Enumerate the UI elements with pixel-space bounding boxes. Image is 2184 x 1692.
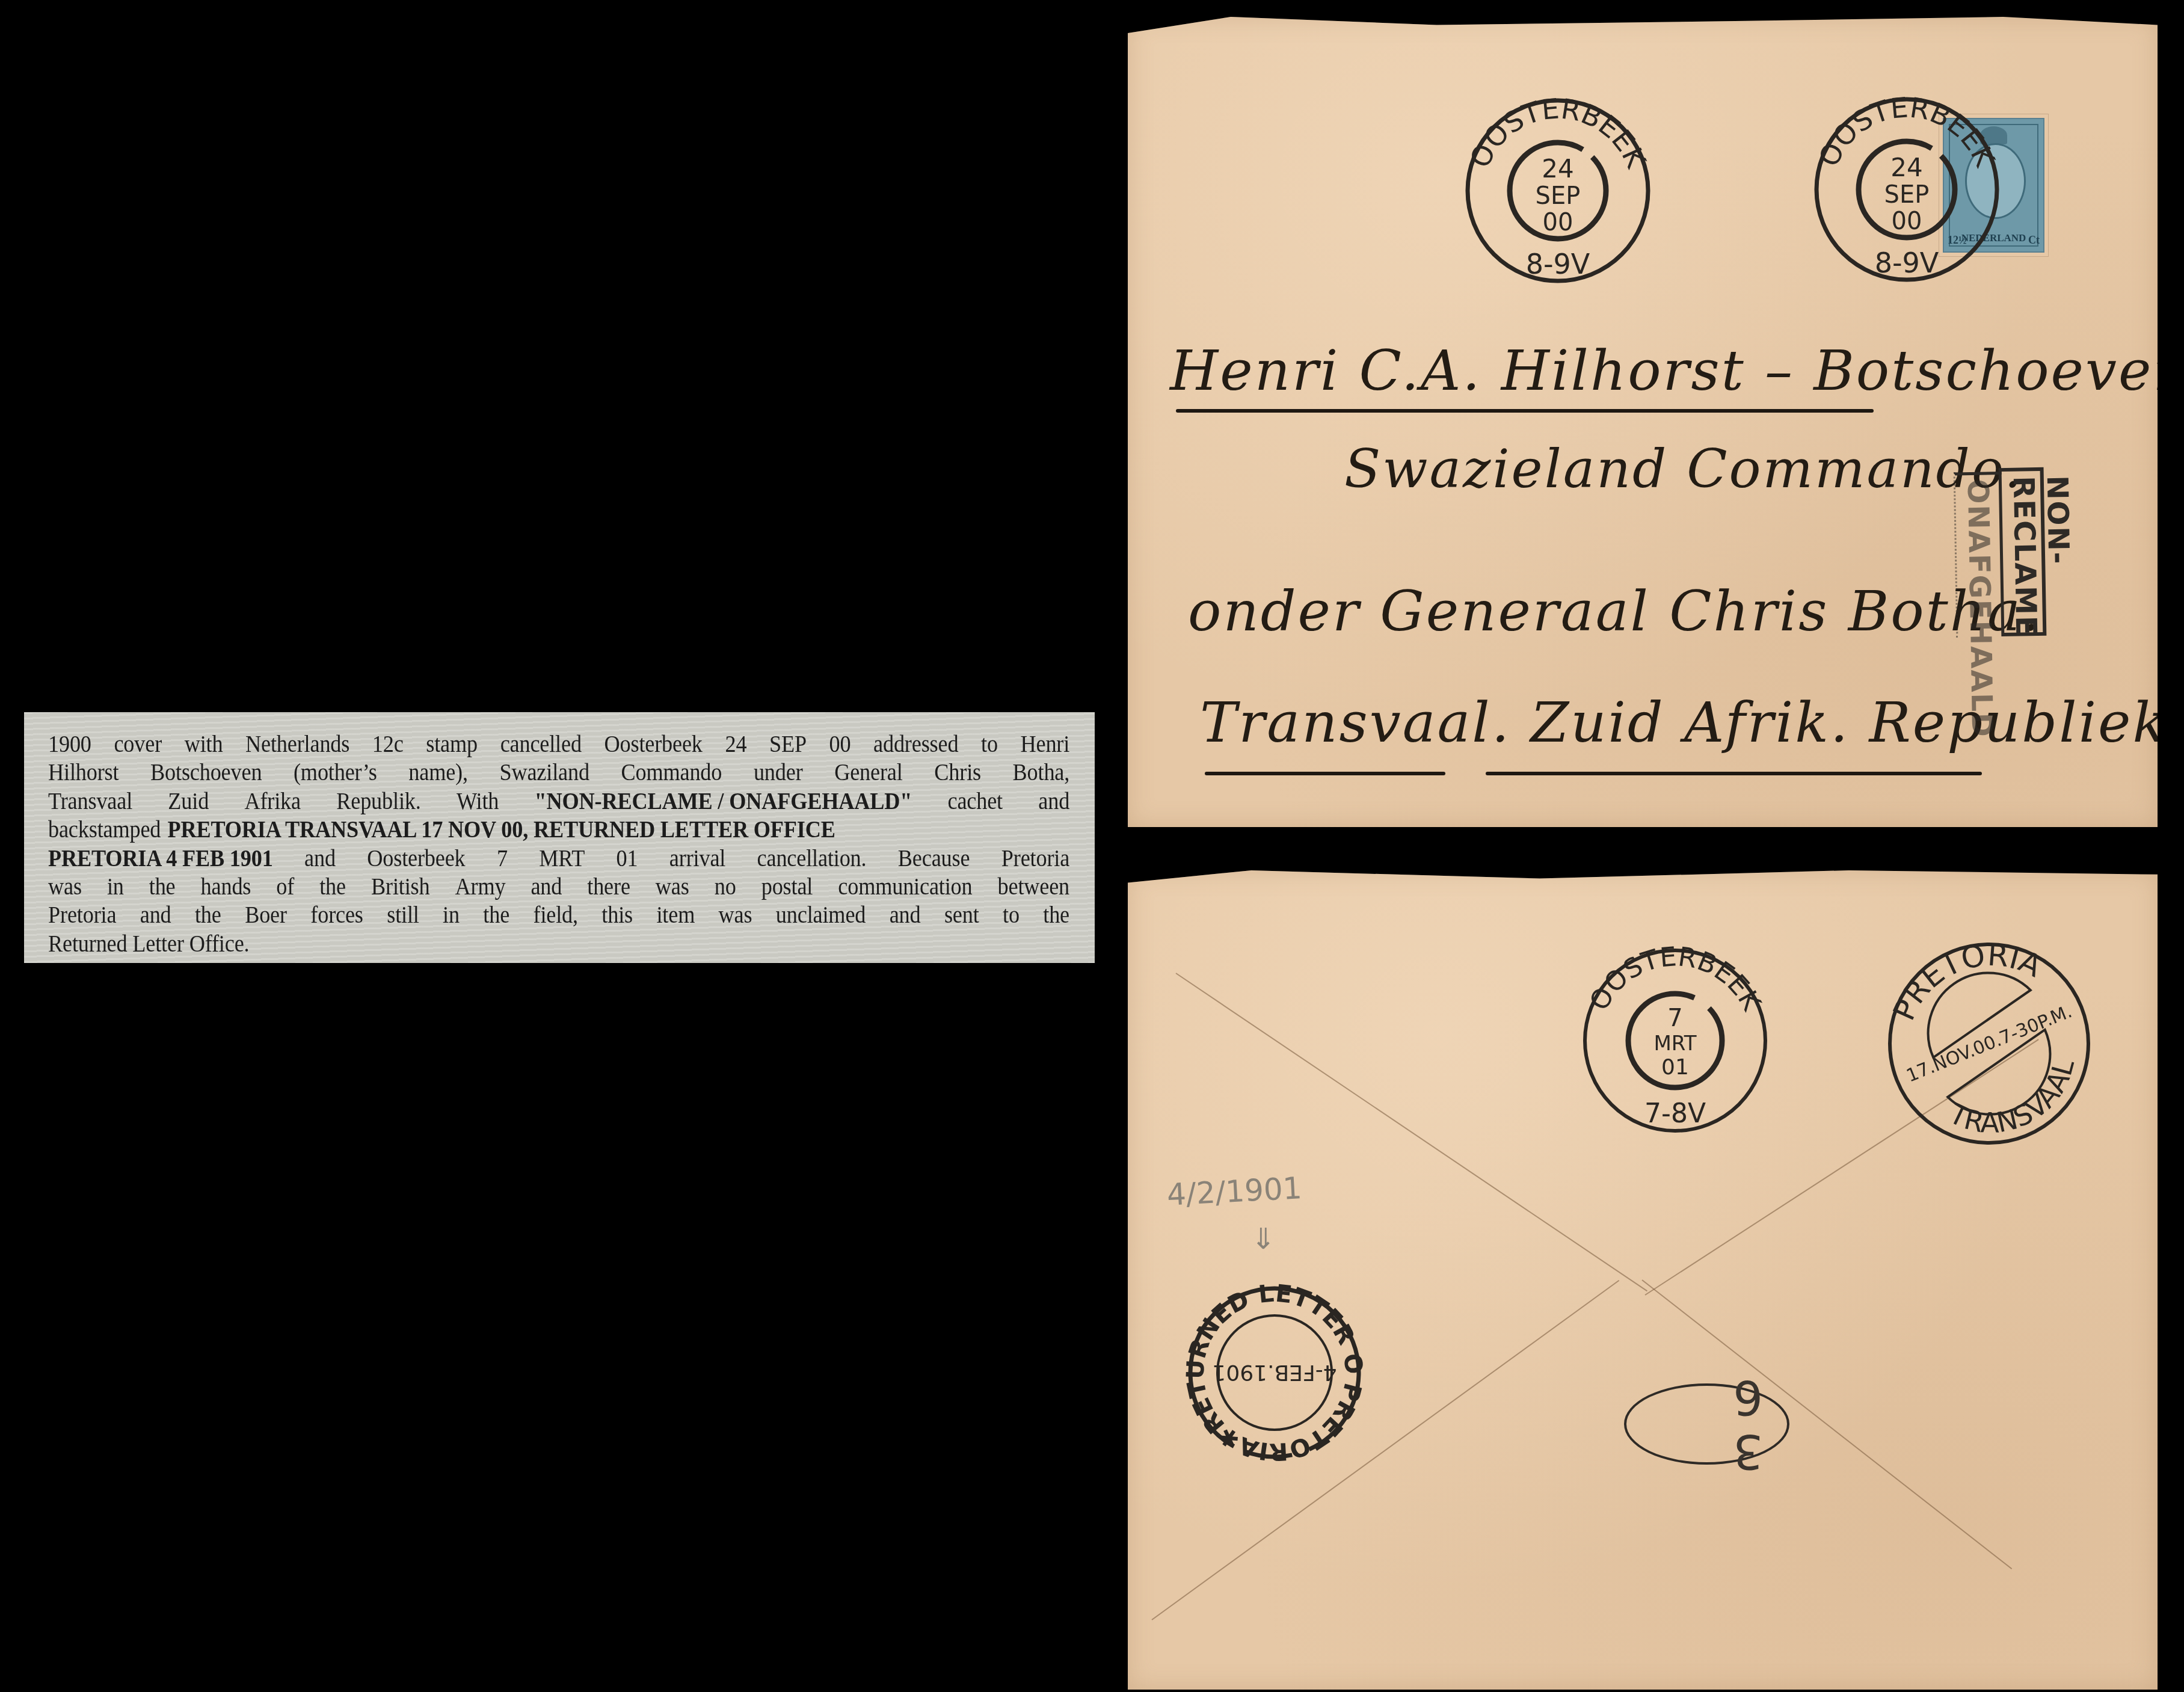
svg-text:TRANSVAAL: TRANSVAAL — [1944, 1056, 2081, 1139]
flap-fold-left — [1175, 973, 1647, 1291]
underline-name — [1176, 409, 1874, 413]
description-word: between — [998, 873, 1070, 901]
cachet-line-1: NON-RECLAME — [2007, 475, 2077, 639]
svg-text:8-9V: 8-9V — [1526, 248, 1590, 280]
description-word: unclaimed — [776, 901, 866, 929]
pencil-note-date: 4/2/1901 — [1166, 1171, 1303, 1213]
description-line: PRETORIA 4 FEB 1901andOosterbeek7MRT01ar… — [48, 844, 1069, 873]
description-word: in — [443, 901, 460, 929]
description-word: Pretoria — [1001, 844, 1069, 873]
underline-transvaal — [1205, 772, 1445, 775]
description-word: of — [276, 873, 294, 901]
description-word: Swaziland — [499, 758, 589, 787]
svg-text:00: 00 — [1543, 209, 1573, 236]
svg-text:8-9V: 8-9V — [1875, 247, 1939, 279]
postmark-returned-letter-office: PRETORIA✱RETURNED LETTER OFFICE✱ 4-FEB.1… — [1184, 1279, 1365, 1463]
description-word: still — [387, 901, 419, 929]
description-word: was — [719, 901, 752, 929]
svg-text:24: 24 — [1542, 154, 1573, 183]
description-word: cachet — [947, 787, 1003, 816]
pencil-arrow-icon: ⇓ — [1251, 1222, 1275, 1256]
description-word: Oosterbeek — [367, 844, 465, 873]
description-word: with — [185, 730, 223, 758]
description-word: Botschoeven — [150, 758, 262, 787]
description-word: backstamped — [48, 816, 161, 844]
description-word: the — [483, 901, 509, 929]
description-word: and — [1038, 787, 1069, 816]
description-bold-text: PRETORIA 4 FEB 1901 — [48, 844, 273, 873]
description-word: was — [656, 873, 689, 901]
description-word: Republik. — [336, 787, 420, 816]
description-bold-text: PRETORIA TRANSVAAL 17 NOV 00, RETURNED L… — [167, 816, 835, 844]
description-word: 7 — [497, 844, 508, 873]
description-word: there — [587, 873, 630, 901]
svg-text:SEP: SEP — [1536, 182, 1581, 210]
description-word: this — [601, 901, 633, 929]
description-word: under — [754, 758, 803, 787]
description-word: and — [890, 901, 921, 929]
description-word: Netherlands — [245, 730, 349, 758]
description-word: communication — [838, 873, 972, 901]
description-word: addressed — [873, 730, 958, 758]
postmark-oosterbeek-on-stamp: OOSTERBEEK 24 SEP 00 8-9V — [1813, 96, 2000, 286]
description-line: HilhorstBotschoeven(mother’sname),Swazil… — [48, 758, 1069, 787]
svg-text:7-8V: 7-8V — [1644, 1098, 1706, 1129]
address-line-commando: Swazieland Commando. — [1344, 438, 2023, 500]
description-line: backstampedPRETORIA TRANSVAAL 17 NOV 00,… — [48, 816, 1069, 844]
description-word: Henri — [1020, 730, 1069, 758]
description-word: 00 — [829, 730, 851, 758]
description-word: British — [371, 873, 429, 901]
description-word: 1900 — [48, 730, 91, 758]
description-word: and — [140, 901, 171, 929]
description-word: Pretoria — [48, 901, 116, 929]
description-word: forces — [310, 901, 363, 929]
description-line: 1900coverwithNetherlands12cstampcancelle… — [48, 730, 1069, 758]
description-line: TransvaalZuidAfrikaRepublik.With"NON-REC… — [48, 787, 1069, 816]
description-word: Army — [455, 873, 505, 901]
underline-republiek — [1486, 772, 1982, 775]
description-word: cancellation. — [757, 844, 867, 873]
description-word: the — [319, 873, 346, 901]
description-word: cancelled — [500, 730, 582, 758]
description-word: to — [981, 730, 998, 758]
description-word: no — [715, 873, 736, 901]
description-word: item — [656, 901, 695, 929]
description-word: SEP — [769, 730, 807, 758]
description-word: and — [304, 844, 336, 873]
description-word: field, — [534, 901, 578, 929]
address-line-name: Henri C.A. Hilhorst – Botschoever. — [1170, 339, 2184, 403]
description-word: Because — [898, 844, 970, 873]
description-word: Transvaal — [48, 787, 132, 816]
description-line: PretoriaandtheBoerforcesstillinthefield,… — [48, 901, 1069, 929]
description-card: 1900coverwithNetherlands12cstampcancelle… — [24, 712, 1095, 963]
description-word: Commando — [621, 758, 722, 787]
svg-text:00: 00 — [1892, 208, 1922, 235]
description-word: Hilhorst — [48, 758, 118, 787]
description-word: stamp — [426, 730, 478, 758]
description-bold-text: "NON-RECLAME / ONAFGEHAALD" — [535, 787, 912, 816]
svg-text:MRT: MRT — [1653, 1032, 1696, 1056]
description-word: the — [195, 901, 221, 929]
description-word: in — [107, 873, 124, 901]
svg-text:SEP: SEP — [1884, 181, 1930, 209]
postmark-oosterbeek-front-left: OOSTERBEEK 24 SEP 00 8-9V — [1465, 97, 1651, 287]
address-line-general: onder Generaal Chris Botha. — [1188, 579, 2041, 644]
description-line: wasinthehandsoftheBritishArmyandtherewas… — [48, 873, 1069, 901]
description-word: and — [531, 873, 562, 901]
description-word: to — [1003, 901, 1020, 929]
description-word: (mother’s — [294, 758, 377, 787]
description-line: Returned Letter Office. — [48, 930, 1069, 958]
description-word: sent — [944, 901, 979, 929]
description-word: 01 — [617, 844, 638, 873]
envelope-back: OOSTERBEEK 7 MRT 01 7-8V PRETORIA TRANSV… — [1128, 870, 2158, 1690]
description-word: 24 — [725, 730, 746, 758]
description-word: General — [834, 758, 902, 787]
envelope-front: OOSTERBEEK 24 SEP 00 8-9V 12½ NEDERLAND … — [1128, 17, 2158, 827]
description-word: Chris — [934, 758, 981, 787]
postmark-pretoria-transvaal: PRETORIA TRANSVAAL 17.NOV.00.7-30P.M. — [1887, 941, 2091, 1149]
description-word: Oosterbeek — [604, 730, 702, 758]
description-word: MRT — [539, 844, 585, 873]
oval-handstamp-36: 3 6 — [1624, 1383, 1789, 1465]
non-reclame-cachet: NON-RECLAME ONAFGEHAALD — [1954, 467, 2056, 641]
description-word: cover — [114, 730, 162, 758]
description-word: Boer — [245, 901, 287, 929]
description-word: hands — [201, 873, 251, 901]
stamp-unit: Ct — [2028, 234, 2040, 247]
description-word: Afrika — [244, 787, 301, 816]
cachet-line-2: ONAFGEHAALD — [1961, 479, 1999, 738]
description-word: Zuid — [168, 787, 209, 816]
address-line-country: Transvaal. Zuid Afrik. Republiek. — [1200, 691, 2184, 755]
description-word: the — [149, 873, 176, 901]
svg-text:4-FEB.1901: 4-FEB.1901 — [1212, 1360, 1337, 1385]
description-word: Botha, — [1013, 758, 1070, 787]
description-word: With — [457, 787, 499, 816]
description-word: was — [48, 873, 82, 901]
svg-text:24: 24 — [1890, 153, 1922, 182]
description-word: 12c — [372, 730, 404, 758]
description-word: the — [1043, 901, 1069, 929]
description-word: name), — [408, 758, 468, 787]
svg-text:01: 01 — [1661, 1055, 1689, 1080]
svg-text:7: 7 — [1667, 1004, 1682, 1032]
description-word: postal — [761, 873, 813, 901]
postmark-oosterbeek-arrival: OOSTERBEEK 7 MRT 01 7-8V — [1582, 947, 1768, 1137]
description-word: Returned Letter Office. — [48, 930, 249, 958]
description-word: arrival — [669, 844, 725, 873]
